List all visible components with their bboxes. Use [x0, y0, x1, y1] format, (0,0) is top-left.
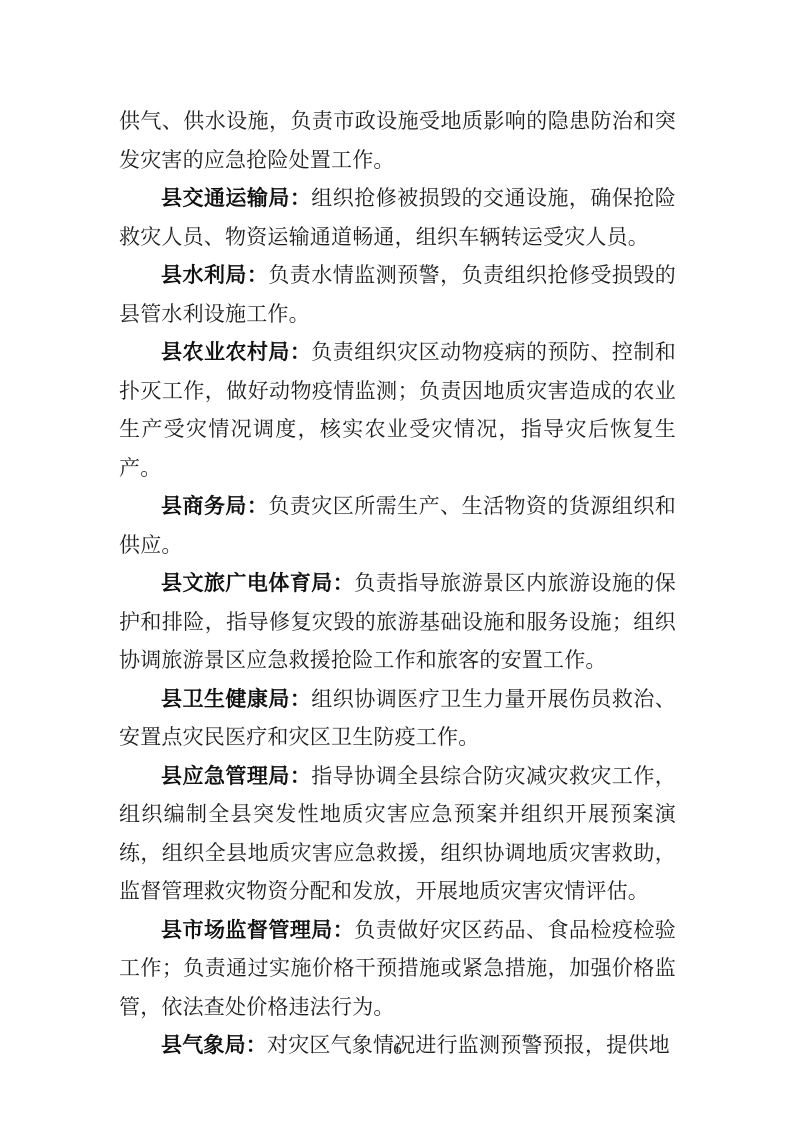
paragraph: 县文旅广电体育局：负责指导旅游景区内旅游设施的保护和排险，指导修复灾毁的旅游基础…	[119, 564, 676, 680]
paragraph: 县商务局：负责灾区所需生产、生活物资的货源组织和供应。	[119, 487, 676, 564]
document-page: 供气、供水设施，负责市政设施受地质影响的隐患防治和突发灾害的应急抢险处置工作。县…	[0, 0, 793, 1122]
paragraph: 县应急管理局：指导协调全县综合防灾减灾救灾工作，组织编制全县突发性地质灾害应急预…	[119, 757, 676, 911]
department-name: 县农业农村局：	[161, 340, 311, 364]
department-name: 县商务局：	[161, 494, 268, 518]
department-name: 县文旅广电体育局：	[161, 571, 354, 595]
department-name: 县交通运输局：	[161, 186, 311, 210]
paragraph: 供气、供水设施，负责市政设施受地质影响的隐患防治和突发灾害的应急抢险处置工作。	[119, 102, 676, 179]
paragraph: 县卫生健康局：组织协调医疗卫生力量开展伤员救治、安置点灾民医疗和灾区卫生防疫工作…	[119, 680, 676, 757]
page-number: 6	[119, 1038, 676, 1060]
department-name: 县应急管理局：	[161, 764, 311, 788]
paragraph: 县水利局：负责水情监测预警，负责组织抢修受损毁的县管水利设施工作。	[119, 256, 676, 333]
department-name: 县水利局：	[161, 263, 268, 287]
department-name: 县卫生健康局：	[161, 687, 311, 711]
department-name: 县市场监督管理局：	[161, 918, 354, 942]
paragraph: 县农业农村局：负责组织灾区动物疫病的预防、控制和扑灭工作，做好动物疫情监测；负责…	[119, 333, 676, 487]
paragraph: 县交通运输局：组织抢修被损毁的交通设施，确保抢险救灾人员、物资运输通道畅通，组织…	[119, 179, 676, 256]
document-body: 供气、供水设施，负责市政设施受地质影响的隐患防治和突发灾害的应急抢险处置工作。县…	[119, 102, 676, 1065]
paragraph: 县市场监督管理局：负责做好灾区药品、食品检疫检验工作；负责通过实施价格干预措施或…	[119, 911, 676, 1027]
